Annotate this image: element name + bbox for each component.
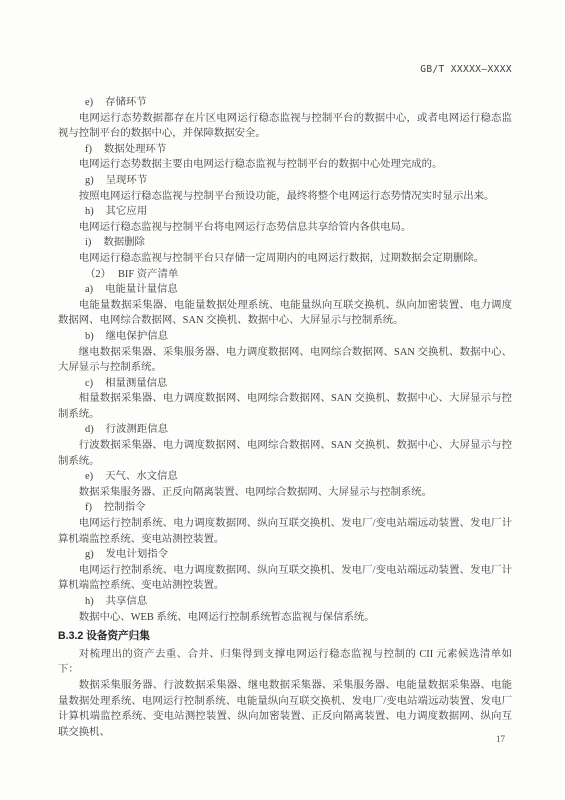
list-item-body: 电网运行控制系统、电力调度数据网、纵向互联交换机、发电厂/变电站端远动装置、发电… <box>58 563 512 594</box>
list-item: d)行波测距信息 行波数据采集器、电力调度数据网、电网综合数据网、SAN 交换机… <box>58 422 512 469</box>
list-item-label: h) <box>85 594 94 610</box>
list-item-body: 按照电网运行稳态监视与控制平台预设功能，最终将整个电网运行态势情况实时显示出来。 <box>58 189 512 205</box>
list-item-title: 天气、水文信息 <box>105 471 178 482</box>
list-item-title: 数据处理环节 <box>104 144 166 155</box>
list-item-label: a) <box>85 282 93 298</box>
list-item-title: 数据删除 <box>103 237 145 248</box>
list-item-label: g) <box>85 173 94 189</box>
list-item-label: h) <box>85 204 94 220</box>
list-item: （2）BIF 资产清单 <box>58 267 512 283</box>
page-number: 17 <box>496 734 505 744</box>
list-item-label: g) <box>85 547 94 563</box>
list-item-label: c) <box>85 376 93 392</box>
list-item-body: 电网运行稳态监视与控制平台将电网运行态势信息共享给管内各供电局。 <box>58 220 512 236</box>
standard-number-header: GB/T XXXXX—XXXX <box>58 64 512 75</box>
list-item-body: 数据中心、WEB 系统、电网运行控制系统暂态监视与保信系统。 <box>58 610 512 626</box>
subsection-heading: B.3.2 设备资产归集 <box>58 629 512 645</box>
list-item-label: e) <box>85 469 93 485</box>
list-item-title: 相量测量信息 <box>105 378 167 389</box>
list-item: f)数据处理环节 电网运行态势数据主要由电网运行稳态监视与控制平台的数据中心处理… <box>58 142 512 173</box>
list-item: g)发电计划指令 电网运行控制系统、电力调度数据网、纵向互联交换机、发电厂/变电… <box>58 547 512 594</box>
list-item-title: 呈现环节 <box>106 175 148 186</box>
list-item: f)控制指令 电网运行控制系统、电力调度数据网、纵向互联交换机、发电厂/变电站端… <box>58 500 512 547</box>
list-item-title: 继电保护信息 <box>106 331 168 342</box>
list-item-body: 行波数据采集器、电力调度数据网、电网综合数据网、SAN 交换机、数据中心、大屏显… <box>58 438 512 469</box>
list-item-title: 存储环节 <box>105 97 147 108</box>
list-item-title: 行波测距信息 <box>106 424 168 435</box>
list-item-body: 电网运行稳态监视与控制平台只存储一定周期内的电网运行数据，过期数据会定期删除。 <box>58 251 512 267</box>
subsection-paragraph: 对梳理出的资产去重、合并、归集得到支撑电网运行稳态监视与控制的 CII 元素候选… <box>58 647 512 678</box>
list-item: b)继电保护信息 继电数据采集器、采集服务器、电力调度数据网、电网综合数据网、S… <box>58 329 512 376</box>
list-item-body: 电网运行态势数据都存在片区电网运行稳态监视与控制平台的数据中心，或者电网运行稳态… <box>58 111 512 142</box>
list-item: h)共享信息 数据中心、WEB 系统、电网运行控制系统暂态监视与保信系统。 <box>58 594 512 625</box>
list-item-label: b) <box>85 329 94 345</box>
list-item-body: 继电数据采集器、采集服务器、电力调度数据网、电网综合数据网、SAN 交换机、数据… <box>58 345 512 376</box>
list-item: h)其它应用 电网运行稳态监视与控制平台将电网运行态势信息共享给管内各供电局。 <box>58 204 512 235</box>
list-item-label: d) <box>85 422 94 438</box>
list-item: a)电能量计量信息 电能量数据采集器、电能量数据处理系统、电能量纵向互联交换机、… <box>58 282 512 329</box>
list-item-body: 数据采集服务器、正反向隔离装置、电网综合数据网、大屏显示与控制系统。 <box>58 485 512 501</box>
list-item-title: 发电计划指令 <box>106 549 168 560</box>
subsection-paragraph: 数据采集服务器、行波数据采集器、继电数据采集器、采集服务器、电能量数据采集器、电… <box>58 678 512 740</box>
list-item-body: 电网运行态势数据主要由电网运行稳态监视与控制平台的数据中心处理完成的。 <box>58 157 512 173</box>
list-item-label: e) <box>85 95 93 111</box>
list-item-body: 电能量数据采集器、电能量数据处理系统、电能量纵向互联交换机、纵向加密装置、电力调… <box>58 298 512 329</box>
list-item-title: BIF 资产清单 <box>118 269 178 280</box>
list-item-title: 控制指令 <box>104 502 146 513</box>
page-content: e)存储环节 电网运行态势数据都存在片区电网运行稳态监视与控制平台的数据中心，或… <box>58 95 512 740</box>
document-page: GB/T XXXXX—XXXX e)存储环节 电网运行态势数据都存在片区电网运行… <box>0 0 565 800</box>
list-item: c)相量测量信息 相量数据采集器、电力调度数据网、电网综合数据网、SAN 交换机… <box>58 376 512 423</box>
list-item-label: i) <box>85 235 91 251</box>
list-item: e)存储环节 电网运行态势数据都存在片区电网运行稳态监视与控制平台的数据中心，或… <box>58 95 512 142</box>
list-item-label: f) <box>85 500 92 516</box>
list-item-title: 共享信息 <box>106 596 148 607</box>
list-item: e)天气、水文信息 数据采集服务器、正反向隔离装置、电网综合数据网、大屏显示与控… <box>58 469 512 500</box>
list-item-title: 其它应用 <box>106 206 148 217</box>
list-item-title: 电能量计量信息 <box>105 284 178 295</box>
list-item: g)呈现环节 按照电网运行稳态监视与控制平台预设功能，最终将整个电网运行态势情况… <box>58 173 512 204</box>
list-item-body: 相量数据采集器、电力调度数据网、电网综合数据网、SAN 交换机、数据中心、大屏显… <box>58 391 512 422</box>
list-item-label: f) <box>85 142 92 158</box>
list-item-body: 电网运行控制系统、电力调度数据网、纵向互联交换机、发电厂/变电站端远动装置、发电… <box>58 516 512 547</box>
list-item: i)数据删除 电网运行稳态监视与控制平台只存储一定周期内的电网运行数据，过期数据… <box>58 235 512 266</box>
list-item-label: （2） <box>85 267 111 283</box>
